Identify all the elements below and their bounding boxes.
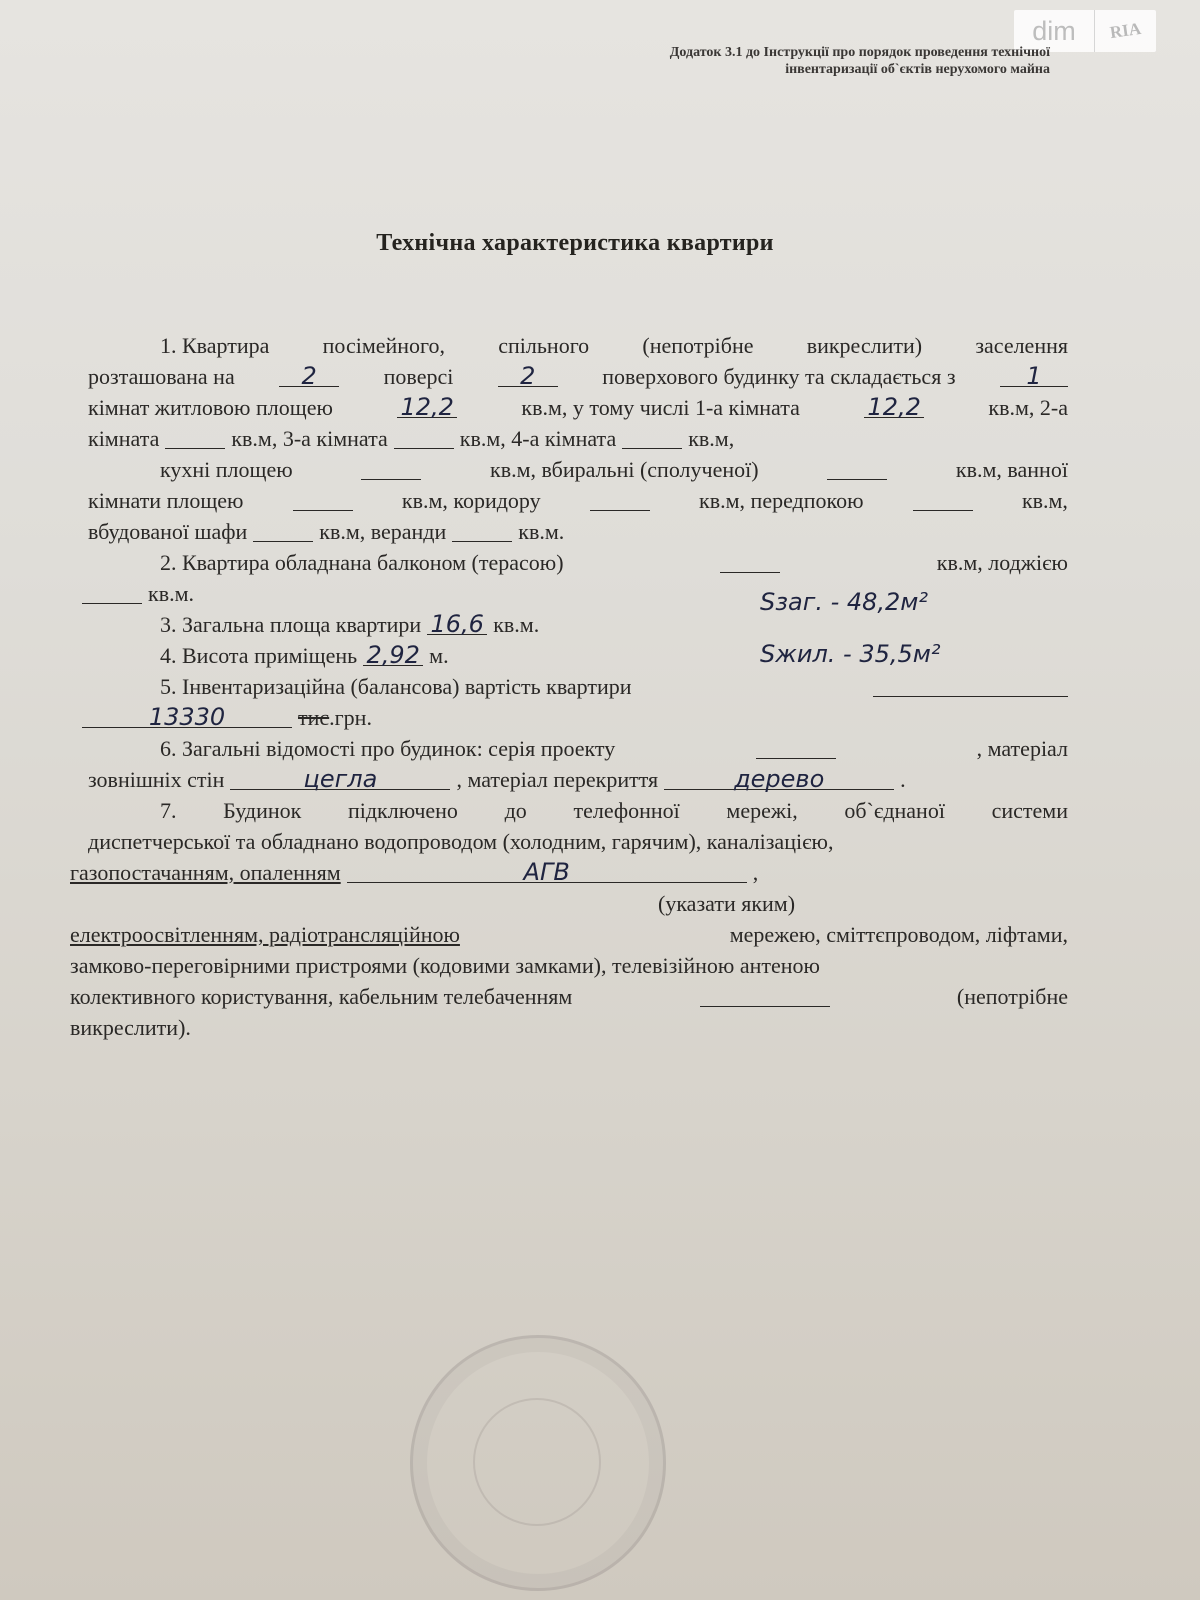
text: мережею, сміттєпроводом, ліфтами, — [730, 919, 1068, 950]
text: (указати яким) — [658, 888, 795, 919]
section7-hint: (указати яким) — [88, 888, 1068, 919]
text: (непотрібне — [957, 981, 1068, 1012]
cost-blank-top — [873, 671, 1068, 697]
section7-line7: викреслити). — [70, 1012, 1068, 1043]
text: кв.м, 4-а кімната — [460, 423, 616, 454]
text: кв.м, лоджією — [937, 547, 1068, 578]
room3-area-field — [394, 423, 454, 449]
room4-area-field — [622, 423, 682, 449]
inventory-value-field: 13330 — [82, 702, 292, 728]
room1-area-field: 12,2 — [864, 392, 924, 418]
text: спільного — [498, 330, 589, 361]
floor-material-field: дерево — [664, 764, 894, 790]
text: , матеріал перекриття — [456, 764, 658, 795]
toilet-area-field — [827, 454, 887, 480]
room2-area-field — [165, 423, 225, 449]
text: 7. Будинок підключено до телефонної мере… — [160, 795, 1068, 826]
text: кімнати площею — [88, 485, 243, 516]
text: .грн. — [329, 705, 372, 730]
text: кв.м, вбиральні (сполученої) — [490, 454, 759, 485]
section6-line1: 6. Загальні відомості про будинок: серія… — [88, 733, 1068, 764]
text: посімейного, — [323, 330, 445, 361]
section7-line2: диспетчерської та обладнано водопроводом… — [88, 826, 1068, 857]
text: кв.м, — [1022, 485, 1068, 516]
veranda-area-field — [452, 516, 512, 542]
text: 4. Висота приміщень — [160, 640, 357, 671]
text: поверсі — [384, 361, 454, 392]
total-area-field: 16,6 — [427, 609, 487, 635]
balcony-area-field — [720, 547, 780, 573]
text: заселення — [975, 330, 1068, 361]
project-series-field — [756, 733, 836, 759]
text: викреслити). — [70, 1012, 191, 1043]
text: кв.м, коридору — [402, 485, 541, 516]
floor-field: 2 — [279, 361, 339, 387]
living-area-field: 12,2 — [397, 392, 457, 418]
text: зовнішніх стін — [88, 764, 224, 795]
text: 6. Загальні відомості про будинок: серія… — [160, 733, 615, 764]
text: колективного користування, кабельним тел… — [70, 981, 572, 1012]
text: (непотрібне — [642, 330, 753, 361]
text: . — [900, 764, 906, 795]
text: кв.м, — [688, 423, 734, 454]
text: 3. Загальна площа квартири — [160, 609, 421, 640]
section6-line2: зовнішніх стін цегла , матеріал перекрит… — [88, 764, 1068, 795]
text: кв.м, 2-а — [988, 392, 1068, 423]
section1-line7: вбудованої шафи кв.м, веранди кв.м. — [88, 516, 1068, 547]
corridor-area-field — [590, 485, 650, 511]
section1-line3: кімнат житловою площею 12,2 кв.м, у тому… — [88, 392, 1068, 423]
text: розташована на — [88, 361, 235, 392]
appendix-line-2: інвентаризації об`єктів нерухомого майна — [560, 61, 1050, 78]
text: замково-переговірними пристроями (кодови… — [70, 950, 820, 981]
loggia-area-field — [82, 578, 142, 604]
text: викреслити) — [807, 330, 922, 361]
watermark-ria-logo-icon: RIA — [1092, 6, 1158, 56]
text: кв.м, ванної — [956, 454, 1068, 485]
text: , матеріал — [977, 733, 1068, 764]
text: кв.м, веранди — [319, 516, 446, 547]
text: кв.м. — [493, 609, 539, 640]
section7-line3: газопостачанням, опаленням АГВ , — [88, 857, 1068, 888]
text: 5. Інвентаризаційна (балансова) вартість… — [160, 671, 632, 702]
text: електроосвітленням, радіотрансляційною — [70, 919, 460, 950]
wall-material-field: цегла — [230, 764, 450, 790]
appendix-line-1: Додаток 3.1 до Інструкції про порядок пр… — [560, 44, 1050, 61]
section1-line6: кімнати площею кв.м, коридору кв.м, пере… — [88, 485, 1068, 516]
text: 2. Квартира обладнана балконом (терасою) — [160, 547, 564, 578]
document-title: Технічна характеристика квартири — [0, 230, 1150, 257]
section1-line2: розташована на 2 поверсі 2 поверхового б… — [88, 361, 1068, 392]
text: м. — [429, 640, 448, 671]
appendix-header: Додаток 3.1 до Інструкції про порядок пр… — [560, 44, 1050, 78]
text: кімната — [88, 423, 159, 454]
document-page: dim RIA Додаток 3.1 до Інструкції про по… — [0, 0, 1200, 1600]
section7-line6: колективного користування, кабельним тел… — [70, 981, 1068, 1012]
section7-line1: 7. Будинок підключено до телефонної мере… — [88, 795, 1068, 826]
document-body: 1. Квартира посімейного, спільного (непо… — [88, 330, 1068, 1043]
handwritten-total-area-note: Sзаг. - 48,2м² — [760, 588, 928, 616]
section5-line1: 5. Інвентаризаційна (балансова) вартість… — [88, 671, 1068, 702]
section7-line5: замково-переговірними пристроями (кодови… — [70, 950, 1068, 981]
text: кв.м, 3-а кімната — [231, 423, 387, 454]
text: кімнат житловою площею — [88, 392, 333, 423]
cable-tv-field — [700, 981, 830, 1007]
bathroom-area-field — [293, 485, 353, 511]
section2-line1: 2. Квартира обладнана балконом (терасою)… — [88, 547, 1068, 578]
text: поверхового будинку та складається з — [602, 361, 955, 392]
text: вбудованої шафи — [88, 516, 247, 547]
text: кв.м. — [518, 516, 564, 547]
text: диспетчерської та обладнано водопроводом… — [88, 826, 833, 857]
section1-line4: кімната кв.м, 3-а кімната кв.м, 4-а кімн… — [88, 423, 1068, 454]
section1-line1: 1. Квартира посімейного, спільного (непо… — [88, 330, 1068, 361]
handwritten-living-area-note: Sжил. - 35,5м² — [760, 640, 941, 668]
kitchen-area-field — [361, 454, 421, 480]
text: газопостачанням, опаленням — [70, 857, 341, 888]
closet-area-field — [253, 516, 313, 542]
ceiling-height-field: 2,92 — [363, 640, 423, 666]
floors-total-field: 2 — [498, 361, 558, 387]
section7-line4: електроосвітленням, радіотрансляційною м… — [70, 919, 1068, 950]
text: 1. Квартира — [160, 330, 269, 361]
heating-field: АГВ — [347, 857, 747, 883]
official-stamp-icon — [410, 1335, 666, 1591]
text: кв.м, у тому числі 1-а кімната — [521, 392, 799, 423]
section1-line5: кухні площею кв.м, вбиральні (сполученої… — [88, 454, 1068, 485]
text: кухні площею — [160, 454, 293, 485]
text: кв.м. — [148, 578, 194, 609]
struck-unit: тис — [298, 705, 329, 730]
rooms-field: 1 — [1000, 361, 1068, 387]
hallway-area-field — [913, 485, 973, 511]
section5-line2: 13330 тис.грн. — [88, 702, 1068, 733]
text: , — [753, 857, 759, 888]
text: кв.м, передпокою — [699, 485, 863, 516]
